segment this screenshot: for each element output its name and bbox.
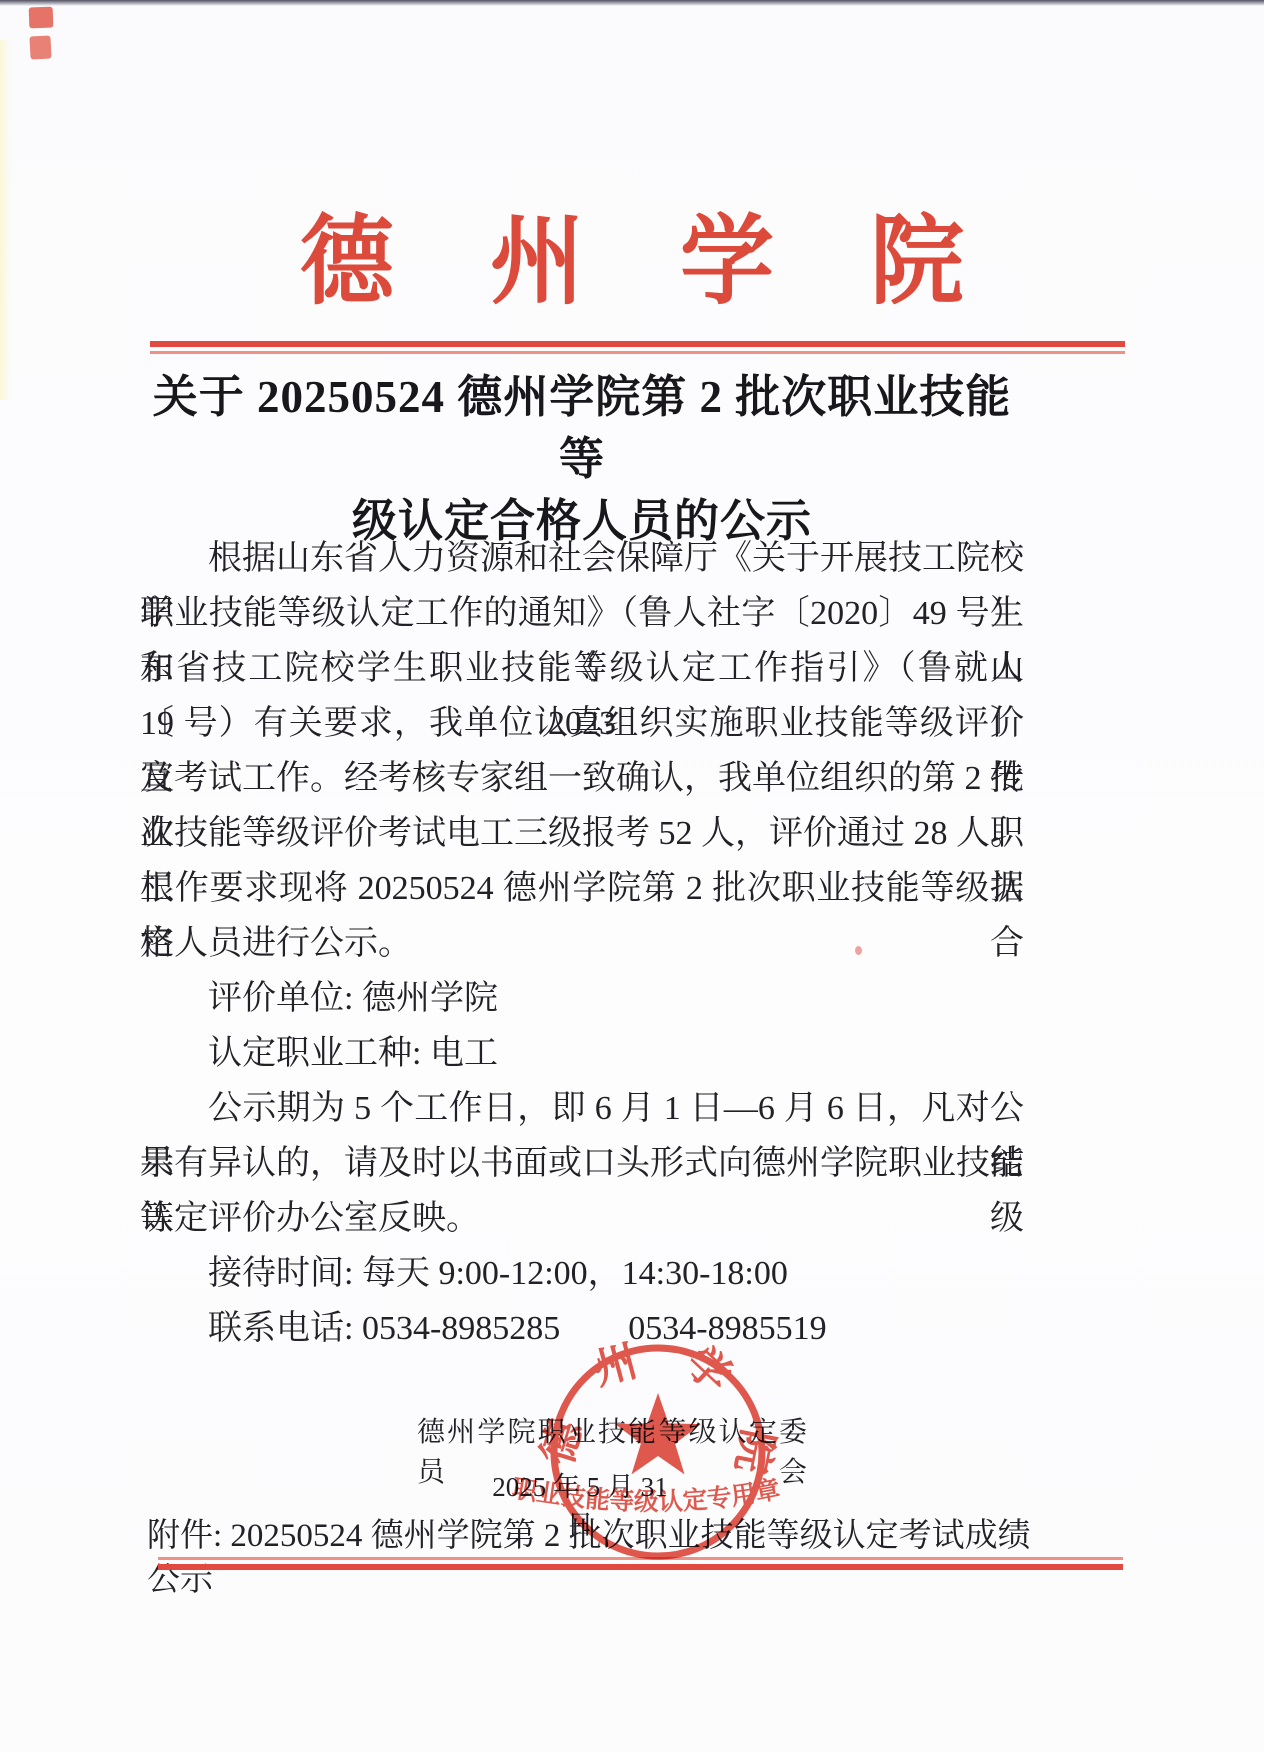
body-line: 果有异认的，请及时以书面或口头形式向德州学院职业技能等级 [140,1136,1024,1191]
letterhead-title: 德州学院 [0,211,1264,315]
evaluation-unit-line: 评价单位: 德州学院 [140,971,1024,1026]
contact-phone-line: 联系电话: 0534-8985285 0534-8985519 [140,1301,1024,1356]
document-title-line1: 关于 20250524 德州学院第 2 批次职业技能等 [140,366,1024,490]
footer-rule-thick [158,1564,1123,1570]
body-line: 19 号）有关要求，我单位认真组织实施职业技能等级评价宣传 [140,696,1024,751]
body-line: 公示期为 5 个工作日，即 6 月 1 日—6 月 6 日，凡对公示结 [140,1081,1024,1136]
document-body: 根据山东省人力资源和社会保障厅《关于开展技工院校学生 职业技能等级认定工作的通知… [140,531,1024,1356]
footer-rule-thin [158,1557,1123,1560]
body-line: 根据山东省人力资源和社会保障厅《关于开展技工院校学生 [140,531,1024,586]
reception-hours-line: 接待时间: 每天 9:00-12:00，14:30-18:00 [140,1246,1024,1301]
body-line: 职业技能等级认定工作的通知》（鲁人社字〔2020〕49 号）和《山 [140,586,1024,641]
scanned-document-page: 德州学院 关于 20250524 德州学院第 2 批次职业技能等 级认定合格人员… [0,0,1264,1752]
letterhead-rule-thin [150,351,1125,354]
body-line: 及考试工作。经考核专家组一致确认，我单位组织的第 2 批次职 [140,751,1024,806]
red-corner-artifact [29,7,54,29]
letterhead-rule-thick [150,341,1125,347]
body-line: 东省技工院校学生职业技能等级认定工作指引》（鲁就人〔2023〕 [140,641,1024,696]
red-corner-artifact [29,35,51,59]
document-title: 关于 20250524 德州学院第 2 批次职业技能等 级认定合格人员的公示 [140,366,1024,552]
body-line: 工作要求现将 20250524 德州学院第 2 批次职业技能等级认定合 [140,861,1024,916]
occupation-line: 认定职业工种: 电工 [140,1026,1024,1081]
body-line: 业技能等级评价考试电工三级报考 52 人，评价通过 28 人。根据 [140,806,1024,861]
scan-edge-shadow [0,0,1264,6]
